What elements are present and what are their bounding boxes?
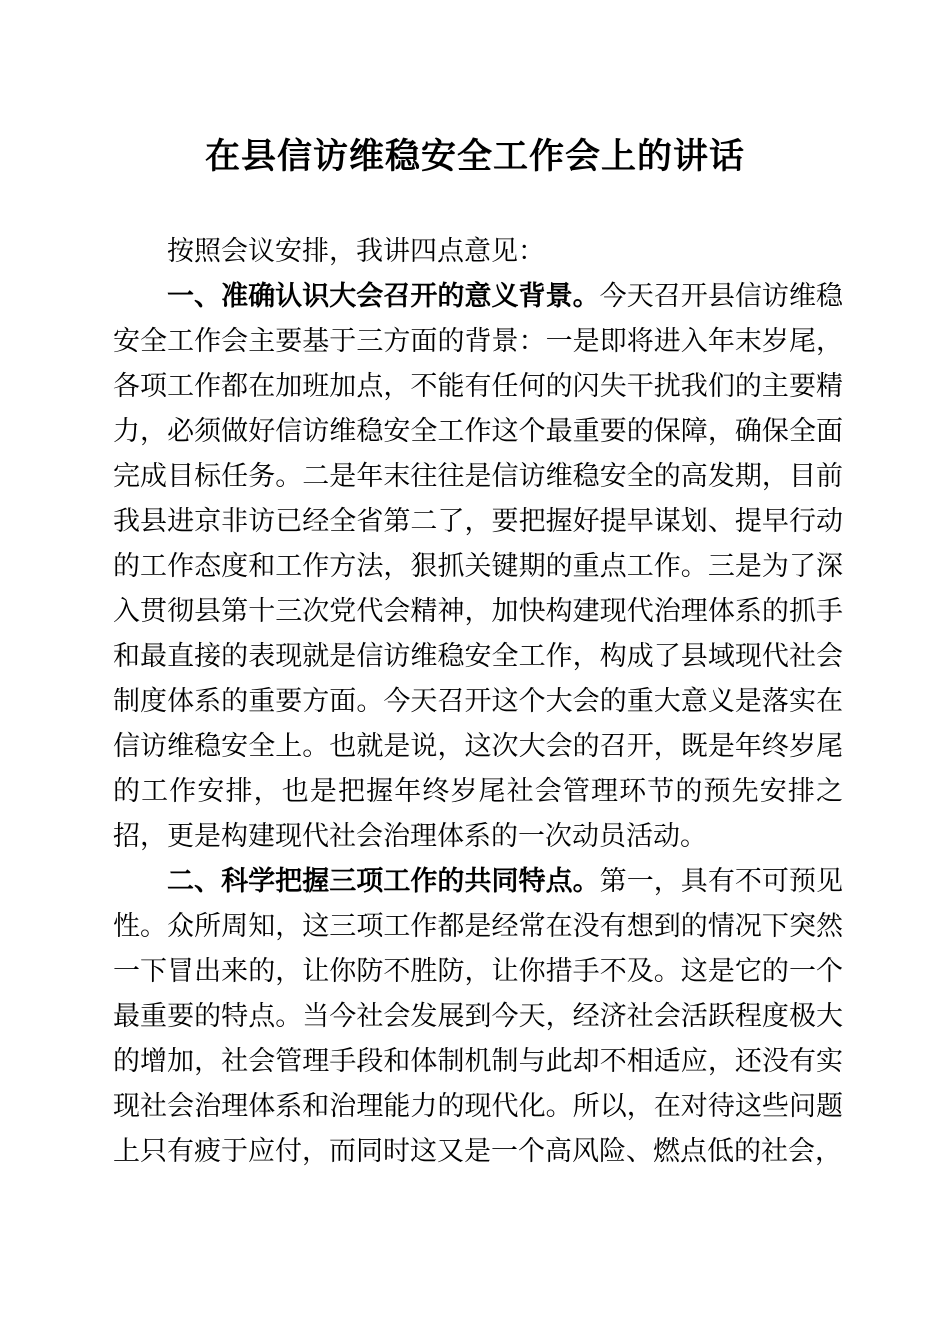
document-body: 按照会议安排，我讲四点意见： 一、准确认识大会召开的意义背景。今天召开县信访维稳… [113,229,843,1174]
paragraph-text: 第一，具有不可预见性。众所周知，这三项工作都是经常在没有想到的情况下突然一下冒出… [113,866,843,1166]
paragraph-text: 今天召开县信访维稳安全工作会主要基于三方面的背景：一是即将进入年末岁尾，各项工作… [113,281,843,851]
document-page: 在县信访维稳安全工作会上的讲话 按照会议安排，我讲四点意见： 一、准确认识大会召… [0,0,950,1344]
paragraph-section-2: 二、科学把握三项工作的共同特点。第一，具有不可预见性。众所周知，这三项工作都是经… [113,859,843,1174]
document-title: 在县信访维稳安全工作会上的讲话 [0,0,950,179]
paragraph-intro: 按照会议安排，我讲四点意见： [113,229,843,274]
paragraph-text: 按照会议安排，我讲四点意见： [167,236,545,266]
paragraph-section-1: 一、准确认识大会召开的意义背景。今天召开县信访维稳安全工作会主要基于三方面的背景… [113,274,843,859]
section-2-heading: 二、科学把握三项工作的共同特点。 [167,866,600,896]
section-1-heading: 一、准确认识大会召开的意义背景。 [167,281,600,311]
